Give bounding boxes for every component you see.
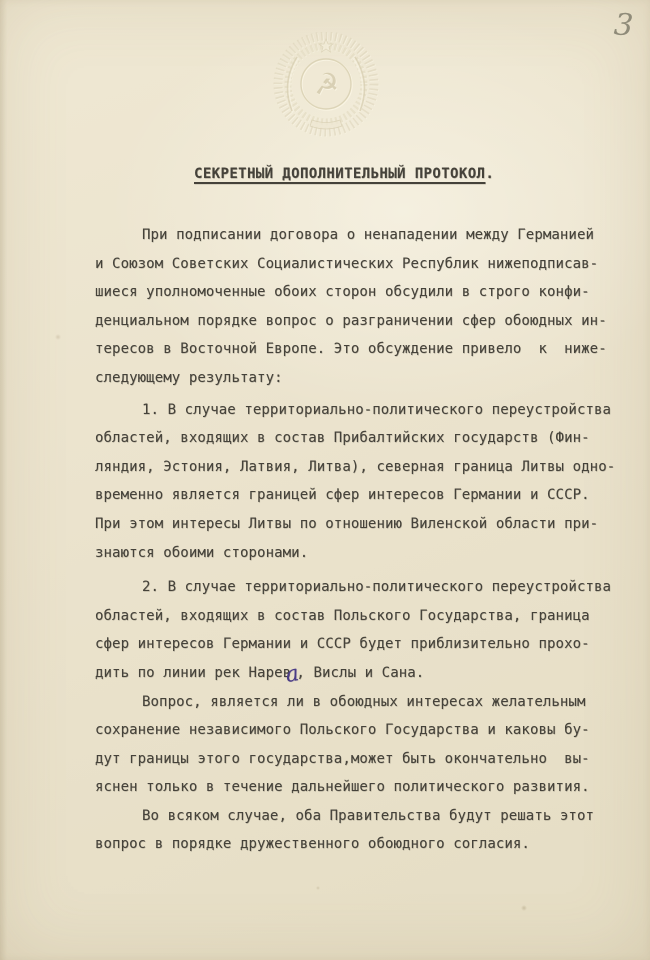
text-line: 1. В случае территориально-политического… [95,396,620,425]
paragraph-intro: При подписании договора о ненападении ме… [95,221,620,393]
document-title: СЕКРЕТНЫЙ ДОПОЛНИТЕЛЬНЫЙ ПРОТОКОЛ. [194,166,494,182]
text-line: яснен только в течение дальнейшего полит… [95,773,620,802]
text-line: знаются обоими сторонами. [95,539,620,568]
text-line: сфер интересов Германии и СССР будет при… [95,630,620,659]
text-line: следующему результату: [95,364,620,393]
text-line: вопрос в порядке дружественного обоюдног… [95,830,620,859]
handwritten-ink-correction: а [286,674,299,676]
paragraph-item-2: 2. В случае территориально-политического… [95,573,620,687]
text-line: временно является границей сфер интересо… [95,481,620,510]
paragraph-item-1: 1. В случае территориально-политического… [95,396,620,568]
document-body: При подписании договора о ненападении ме… [95,221,620,859]
text-line: При этом интересы Литвы по отношению Вил… [95,510,620,539]
paragraph-closing: Во всяком случае, оба Правительства буду… [95,802,620,859]
text-line: областей, входящих в состав Прибалтийски… [95,424,620,453]
document-title-text: СЕКРЕТНЫЙ ДОПОЛНИТЕЛЬНЫЙ ПРОТОКОЛ [194,166,485,182]
text-line: областей, входящих в состав Польского Го… [95,602,620,631]
text-line: денциальном порядке вопрос о разграничен… [95,307,620,336]
text-line-with-correction: дить по линии рек Нарева, Вислы и Сана. [95,659,620,688]
text-segment: дить по линии рек Нарев [95,665,291,681]
handwritten-page-number: 3 [613,7,634,43]
text-line: Во всяком случае, оба Правительства буду… [95,802,620,831]
text-line: При подписании договора о ненападении ме… [95,221,620,250]
text-line: и Союзом Советских Социалистических Респ… [95,250,620,279]
hammer-and-sickle-icon-shadow: ☭ [316,64,337,104]
text-line: шиеся уполномоченные обоих сторон обсуди… [95,278,620,307]
text-line: дут границы этого государства,может быть… [95,745,620,774]
text-line: ляндия, Эстония, Латвия, Литва), северна… [95,453,620,482]
text-line: тересов в Восточной Европе. Это обсужден… [95,335,620,364]
scanned-document-page: 3 ☭ ☭ СЕКРЕТНЫЙ ДОПОЛНИТЕЛЬНЫЙ ПРОТОКОЛ. [0,0,650,960]
text-segment: , Вислы и Сана. [296,665,424,681]
embossed-state-seal: ☭ ☭ [268,32,384,140]
document-title-period: . [485,166,494,182]
text-line: 2. В случае территориально-политического… [95,573,620,602]
text-line: сохранение независимого Польского Госуда… [95,716,620,745]
text-line: Вопрос, является ли в обоюдных интересах… [95,688,620,717]
paragraph-poland-question: Вопрос, является ли в обоюдных интересах… [95,688,620,802]
